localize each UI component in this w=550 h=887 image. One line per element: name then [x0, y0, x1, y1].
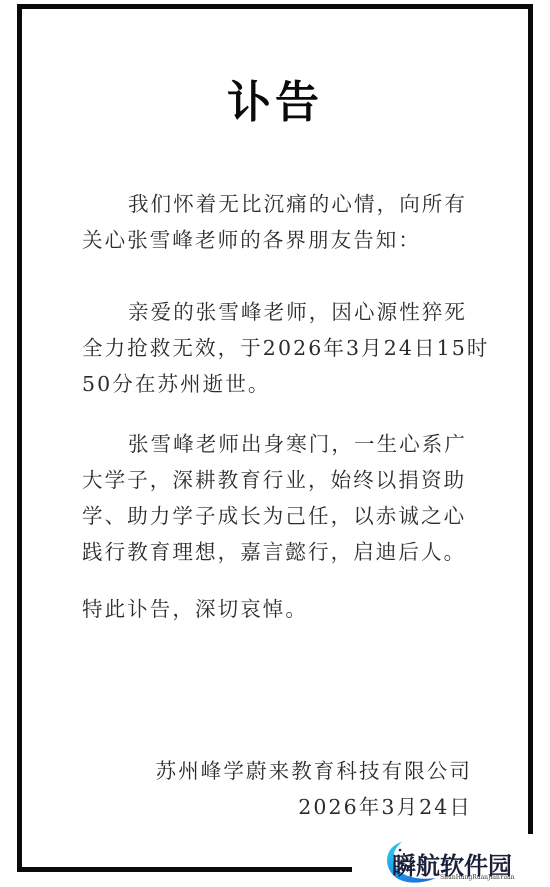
watermark-pinyin: ShunHangRuanJianYuan: [440, 874, 515, 881]
text-line: 关心张雪峰老师的各界朋友告知：: [82, 222, 474, 258]
text-line: 践行教育理想，嘉言懿行，启迪后人。: [82, 534, 474, 570]
paragraph-passing: 亲爱的张雪峰老师，因心源性猝死 全力抢救无效，于2026年3月24日15时 50…: [82, 294, 474, 402]
signature-date: 2026年3月24日: [298, 789, 472, 825]
page-title: 讣告: [0, 66, 550, 130]
text-line: 我们怀着无比沉痛的心情，向所有: [82, 186, 474, 222]
paragraph-closing: 特此讣告，深切哀悼。: [82, 591, 474, 627]
text-line: 张雪峰老师出身寒门，一生心系广: [82, 426, 474, 462]
paragraph-biography: 张雪峰老师出身寒门，一生心系广 大学子，深耕教育行业，始终以捐资助 学、助力学子…: [82, 426, 474, 570]
text-line: 亲爱的张雪峰老师，因心源性猝死: [82, 294, 474, 330]
paragraph-intro: 我们怀着无比沉痛的心情，向所有 关心张雪峰老师的各界朋友告知：: [82, 186, 474, 258]
text-line: 大学子，深耕教育行业，始终以捐资助: [82, 462, 474, 498]
signature-organization: 苏州峰学蔚来教育科技有限公司: [156, 753, 472, 789]
text-line: 学、助力学子成长为己任，以赤诚之心: [82, 498, 474, 534]
text-line: 50分在苏州逝世。: [82, 366, 474, 402]
text-line: 特此讣告，深切哀悼。: [82, 591, 474, 627]
text-line: 全力抢救无效，于2026年3月24日15时: [82, 330, 474, 366]
